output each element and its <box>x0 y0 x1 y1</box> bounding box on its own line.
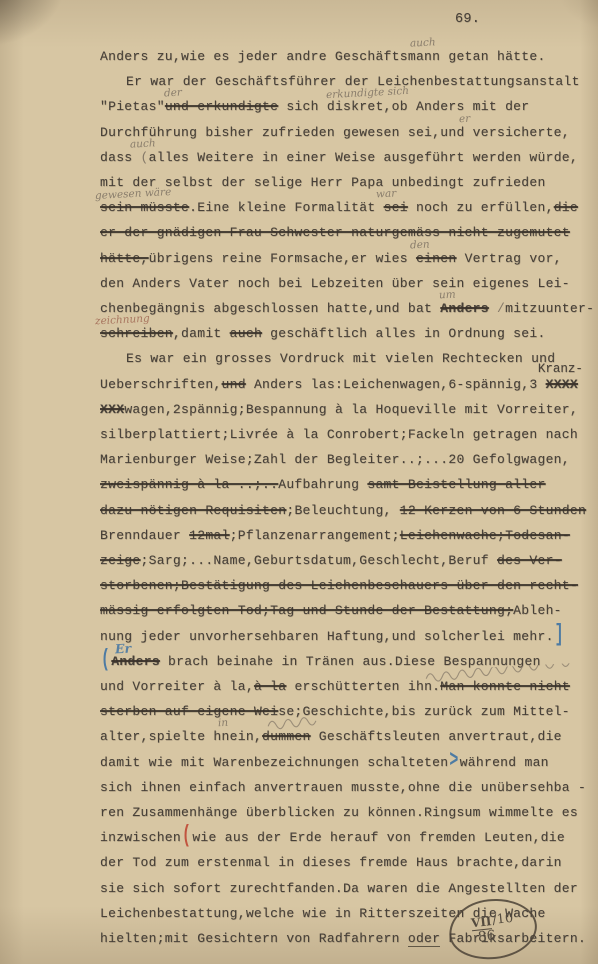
typed-text: Geschäftsleuten anvertraut,die <box>311 729 562 744</box>
typed-text: inzwischen <box>100 830 181 845</box>
typed-text: ;Pflanzenarrangement; <box>230 528 400 543</box>
manuscript-line: zweispännig à la ..;..Aufbahrung samt Be… <box>100 476 592 496</box>
struck-typed-text: Man konnte nicht <box>440 679 570 694</box>
typed-text: se;Geschichte,bis zurück zum Mittel- <box>278 704 570 719</box>
blue-editor-mark: ( <box>101 646 110 673</box>
manuscript-line: inzwischen(wie aus der Erde herauf von f… <box>100 829 592 849</box>
typed-text: ren Zusammenhänge überblicken zu können.… <box>100 805 578 820</box>
typed-insertion: Kranz- <box>538 361 583 378</box>
manuscript-line: ren Zusammenhänge überblicken zu können.… <box>100 804 592 824</box>
manuscript-line: und Vorreiter à la,à la erschütterten ih… <box>100 678 592 698</box>
typed-text: Anders zu,wie es jeder andre Geschäftsma… <box>100 49 546 64</box>
typed-text: chenbegängnis abgeschlossen hatte,und ba… <box>100 301 440 316</box>
manuscript-line: Marienburger Weise;Zahl der Begleiter..;… <box>100 451 592 471</box>
typed-text: der Tod zum erstenmal in dieses fremde H… <box>100 855 562 870</box>
typed-text: "Pietas" <box>100 99 165 114</box>
typed-text: sie sich sofort zurechtfanden.Da waren d… <box>100 881 578 896</box>
typed-text: und Vorreiter à la, <box>100 679 254 694</box>
struck-typed-text: 12 Kerzen von 6 Stunden <box>400 503 586 518</box>
struck-typed-text: des Ver- <box>497 553 562 568</box>
manuscript-line: sterben auf eigene Weise;Geschichte,bis … <box>100 703 592 723</box>
struck-typed-text: zweispännig à la ..;.. <box>100 477 278 492</box>
typed-text: mitzuunter- <box>505 301 594 316</box>
struck-typed-text: zeige <box>100 553 141 568</box>
manuscript-line: damit wie mit Warenbezeichnungen schalte… <box>100 754 592 774</box>
typed-text: noch zu erfüllen, <box>408 200 554 215</box>
manuscript-line: "Pietas"und erkundigte sich diskret,ob A… <box>100 98 592 118</box>
manuscript-line: XXXwagen,2spännig;Bespannung à la Hoquev… <box>100 401 592 421</box>
underlined-typed-text: oder <box>408 931 440 947</box>
manuscript-line: Anders zu,wie es jeder andre Geschäftsma… <box>100 48 592 68</box>
typed-text: Ueberschriften, <box>100 377 222 392</box>
typed-text: übrigens reine Formsache,er wies <box>149 251 416 266</box>
manuscript-line: storbenen;Bestätigung des Leichenbeschau… <box>100 577 592 597</box>
typed-text: wie aus der Erde herauf von fremden Leut… <box>192 830 565 845</box>
red-editor-mark: ( <box>182 823 191 850</box>
manuscript-line: er der gnädigen Frau Schwester naturgemä… <box>100 224 592 244</box>
handwritten-annotation: in <box>218 715 229 733</box>
manuscript-line: mässig erfolgten Tod;Tag und Stunde der … <box>100 602 592 622</box>
typed-text <box>489 301 497 316</box>
struck-typed-text: XXXX <box>546 377 578 392</box>
manuscript-line: nung jeder unvorhersehbaren Haftung,und … <box>100 628 592 648</box>
typed-text: Aufbahrung <box>278 477 367 492</box>
manuscript-line: den Anders Vater noch bei Lebzeiten über… <box>100 275 592 295</box>
manuscript-line: Ueberschriften,und Anders las:Leichenwag… <box>100 376 592 396</box>
lines-layer: Anders zu,wie es jeder andre Geschäftsma… <box>0 0 598 964</box>
manuscript-line: Es war ein grosses Vordruck mit vielen R… <box>100 350 598 370</box>
typed-text: damit wie mit Warenbezeichnungen schalte… <box>100 755 448 770</box>
typed-text: ;Sarg;...Name,Geburtsdatum,Geschlecht,Be… <box>141 553 497 568</box>
manuscript-line: Brenndauer 12mal;Pflanzenarrangement;Lei… <box>100 527 592 547</box>
manuscript-line: silberplattiert;Livrée à la Conrobert;Fa… <box>100 426 592 446</box>
manuscript-line: mit der selbst der selige Herr Papa unbe… <box>100 174 592 194</box>
manuscript-line: chenbegängnis abgeschlossen hatte,und ba… <box>100 300 592 320</box>
manuscript-line: zeige;Sarg;...Name,Geburtsdatum,Geschlec… <box>100 552 592 572</box>
handwritten-annotation: auch <box>410 34 437 52</box>
struck-typed-text: dazu nötigen Requisiten <box>100 503 286 518</box>
typed-text: hielten;mit Gesichtern von Radfahrern <box>100 931 408 946</box>
manuscript-line: dazu nötigen Requisiten;Beleuchtung, 12 … <box>100 502 592 522</box>
typed-text: Marienburger Weise;Zahl der Begleiter..;… <box>100 452 570 467</box>
handwritten-annotation: zeichnung <box>95 311 151 331</box>
typed-text: Es war ein grosses Vordruck mit vielen R… <box>126 351 555 366</box>
struck-typed-text: die <box>554 200 578 215</box>
typed-text: silberplattiert;Livrée à la Conrobert;Fa… <box>100 427 578 442</box>
typed-text: Anders las:Leichenwagen,6-spännig,3 <box>246 377 546 392</box>
struck-typed-text: er der gnädigen Frau Schwester naturgemä… <box>100 225 570 240</box>
manuscript-page: 69. Anders zu,wie es jeder andre Geschäf… <box>0 0 598 964</box>
handwritten-annotation: um <box>439 287 457 305</box>
struck-typed-text: XXX <box>100 402 124 417</box>
typed-text: alter,spielte hnein, <box>100 729 262 744</box>
typed-text: sich ihnen einfach anvertrauen musste,oh… <box>100 780 586 795</box>
manuscript-line: Durchführung bisher zufrieden gewesen se… <box>100 124 592 144</box>
manuscript-line: sein müsste.Eine kleine Formalität sei n… <box>100 199 592 219</box>
struck-typed-text: dummen <box>262 729 311 744</box>
manuscript-line: sie sich sofort zurechtfanden.Da waren d… <box>100 880 592 900</box>
typed-text: .Eine kleine Formalität <box>189 200 383 215</box>
typed-text: alles Weitere in einer Weise ausgeführt … <box>149 150 578 165</box>
pencil-insertion-mark: / <box>497 301 505 316</box>
handwritten-annotation: war <box>375 186 396 204</box>
struck-typed-text: auch <box>230 326 262 341</box>
manuscript-line: der Tod zum erstenmal in dieses fremde H… <box>100 854 592 874</box>
handwritten-annotation: Er <box>114 639 131 657</box>
typed-text: Ableh- <box>513 603 562 618</box>
typed-text: Durchführung bisher zufrieden gewesen se… <box>100 125 570 140</box>
struck-typed-text: 12mal <box>189 528 230 543</box>
struck-typed-text: samt Beistellung aller <box>367 477 545 492</box>
manuscript-line: schreiben,damit auch geschäftlich alles … <box>100 325 592 345</box>
struck-typed-text: und erkundigte <box>165 99 278 114</box>
handwritten-annotation: den <box>410 236 431 254</box>
manuscript-line: dass (alles Weitere in einer Weise ausge… <box>100 149 592 169</box>
handwritten-annotation: er <box>459 110 471 128</box>
stamp-number: 86 <box>477 929 496 946</box>
typed-text: Vertrag vor, <box>456 251 561 266</box>
blue-editor-mark: > <box>449 747 458 774</box>
struck-typed-text: sterben auf eigene Wei <box>100 704 278 719</box>
typed-text: ,damit <box>173 326 230 341</box>
typed-text: brach beinahe in Tränen aus.Diese Bespan… <box>160 654 541 669</box>
struck-typed-text: storbenen;Bestätigung des Leichenbeschau… <box>100 578 578 593</box>
typed-text: ;Beleuchtung, <box>286 503 399 518</box>
manuscript-line: hätte,übrigens reine Formsache,er wies e… <box>100 250 592 270</box>
typed-text: erschütterten ihn. <box>286 679 440 694</box>
struck-typed-text: mässig erfolgten Tod;Tag und Stunde der … <box>100 603 513 618</box>
typed-text: den Anders Vater noch bei Lebzeiten über… <box>100 276 570 291</box>
typed-text: nung jeder unvorhersehbaren Haftung,und … <box>100 629 554 644</box>
typed-text: wagen,2spännig;Bespannung à la Hoquevill… <box>124 402 578 417</box>
manuscript-line: alter,spielte hnein,dummen Geschäftsleut… <box>100 728 592 748</box>
blue-editor-mark: ] <box>555 621 564 648</box>
manuscript-line: sich ihnen einfach anvertrauen musste,oh… <box>100 779 592 799</box>
handwritten-annotation: der <box>164 85 183 103</box>
typed-text: sich diskret,ob Anders mit der <box>278 99 529 114</box>
typed-text: Brenndauer <box>100 528 189 543</box>
struck-typed-text: Leichenwache;Todesan- <box>400 528 570 543</box>
typed-text: geschäftlich alles in Ordnung sei. <box>262 326 546 341</box>
typed-text: während man <box>460 755 549 770</box>
struck-typed-text: à la <box>254 679 286 694</box>
struck-typed-text: hätte, <box>100 251 149 266</box>
stamp-slash-number: /10 <box>492 912 514 928</box>
handwritten-annotation: auch <box>129 135 156 153</box>
struck-typed-text: und <box>222 377 246 392</box>
